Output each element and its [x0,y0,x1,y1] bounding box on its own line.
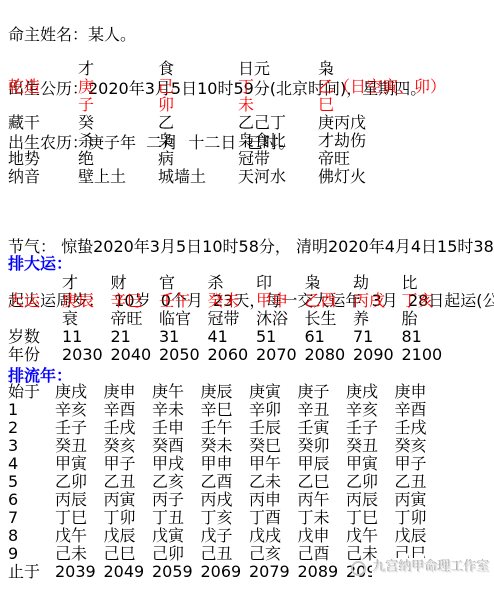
liunian-cell: 丙戌 [201,491,250,509]
liunian-cell: 丁巳 [55,509,104,527]
liunian-row-label: 6 [8,491,55,509]
dayun-dishi: 沐浴 [256,310,305,328]
liunian-cell: 乙卯 [55,473,104,491]
liunian-cell: 2089 [298,563,347,581]
dayun-year: 2080 [305,346,354,364]
hidden-gods-row: 杀 枭 枭食比 才劫伤 [8,132,446,150]
liunian-cell: 庚子 [298,383,347,401]
hidden-stems-month: 乙 [158,114,238,132]
liunian-cell: 2039 [55,563,104,581]
nayin-day: 天河水 [238,168,318,186]
liunian-cell: 壬戌 [104,419,153,437]
dishi-hour: 帝旺 [318,150,398,168]
month-stem: 己 [158,78,238,96]
liunian-row: 2 壬子壬戌壬申壬午壬辰壬寅壬子壬戌 [8,419,443,437]
dayun-pillar: 乙酉 [305,292,354,310]
liunian-row: 6 丙辰丙寅丙子丙戌丙申丙午丙辰丙寅 [8,491,443,509]
hour-stem: 乙 [318,78,334,96]
branches-row: 子 卯 未 巳 [8,96,446,114]
liunian-row: 1 辛亥辛酉辛未辛巳辛卯辛丑辛亥辛酉 [8,401,443,419]
liunian-cell: 辛未 [152,401,201,419]
liunian-cell: 壬子 [346,419,395,437]
day-branch: 未 [238,96,318,114]
liunian-cell: 己卯 [152,545,201,563]
dayun-dishi: 长生 [305,310,354,328]
dayun-dishi: 冠带 [208,310,257,328]
liunian-cell: 甲午 [249,455,298,473]
studio-logo-icon [351,561,366,576]
dayun-year: 2040 [111,346,160,364]
liunian-cell: 辛丑 [298,401,347,419]
liunian-cell: 癸未 [201,437,250,455]
liunian-cell: 2079 [249,563,298,581]
dayun-pillar: 癸未 [208,292,257,310]
liunian-cell: 戊午 [346,527,395,545]
liunian-cell: 戊戌 [249,527,298,545]
day-stem: 丁 [238,78,318,96]
liunian-cell: 辛酉 [104,401,153,419]
liunian-cell: 戊寅 [152,527,201,545]
hidden-gods-month: 枭 [158,132,238,150]
liunian-cell: 壬戌 [395,419,444,437]
liunian-cell: 丁丑 [152,509,201,527]
nayin-row: 纳音 壁上土 城墙土 天河水 佛灯火 [8,168,446,186]
liunian-cell: 庚申 [395,383,444,401]
dayun-god: 官 [159,274,208,292]
liunian-cell: 丙子 [152,491,201,509]
year-branch: 子 [78,96,158,114]
dayun-god: 比 [402,274,451,292]
liunian-row-label: 止于 [8,563,55,581]
dishi-month: 病 [158,150,238,168]
liunian-cell: 癸卯 [298,437,347,455]
liunian-cell: 辛卯 [249,401,298,419]
hidden-gods-year: 杀 [78,132,158,150]
liunian-cell: 庚戌 [55,383,104,401]
liunian-cell: 丁卯 [395,509,444,527]
dayun-age: 51 [256,328,305,346]
liunian-cell: 丙辰 [55,491,104,509]
dayun-age: 61 [305,328,354,346]
name-line: 命主姓名：某人。 [8,26,426,44]
liunian-cell: 癸亥 [104,437,153,455]
empty-label [8,274,62,292]
hidden-stems-hour: 庚丙戊 [318,114,398,132]
liunian-cell: 乙丑 [104,473,153,491]
liunian-cell: 癸丑 [55,437,104,455]
dayun-year: 2050 [159,346,208,364]
liunian-row: 4 甲寅甲子甲戌甲申甲午甲辰甲寅甲子 [8,455,443,473]
liunian-cell: 乙卯 [346,473,395,491]
liunian-cell: 癸丑 [346,437,395,455]
nayin-year: 壁上土 [78,168,158,186]
liunian-row-label: 4 [8,455,55,473]
liunian-cell: 戊午 [55,527,104,545]
liunian-cell: 己未 [55,545,104,563]
studio-name: 九宫纳甲命理工作室 [372,558,491,578]
liunian-cell: 丙寅 [395,491,444,509]
liunian-cell: 甲申 [201,455,250,473]
empty-label [8,96,78,114]
solar-terms-line: 节气： 惊蛰2020年3月5日10时58分， 清明2020年4月4日15时38分 [8,238,494,256]
gender-label: 乾造 [8,78,78,96]
liunian-table: 始于 庚戌庚申庚午庚辰庚寅庚子庚戌庚申 1 辛亥辛酉辛未辛巳辛卯辛丑辛亥辛酉 2… [8,383,443,581]
liunian-cell: 乙酉 [201,473,250,491]
stems-row: 乾造 庚 己 丁 乙 （日空寅、卯） [8,78,446,96]
liunian-row: 5 乙卯乙丑乙亥乙酉乙未乙巳乙卯乙丑 [8,473,443,491]
liunian-cell: 甲子 [104,455,153,473]
dayun-pillar: 甲申 [256,292,305,310]
liunian-cell: 己酉 [298,545,347,563]
liunian-cell: 甲戌 [152,455,201,473]
hidden-gods-hour: 才劫伤 [318,132,398,150]
liunian-cell: 戊辰 [104,527,153,545]
liunian-cell: 丙午 [298,491,347,509]
liunian-cell: 2049 [104,563,153,581]
dayun-age: 21 [111,328,160,346]
liunian-cell: 癸酉 [152,437,201,455]
liunian-cell: 乙丑 [395,473,444,491]
hidden-stems-year: 癸 [78,114,158,132]
liunian-row-label: 2 [8,419,55,437]
dishi-row: 地势 绝 病 冠带 帝旺 [8,150,446,168]
dayun-god: 枭 [305,274,354,292]
liunian-cell: 己巳 [104,545,153,563]
liunian-cell: 甲辰 [298,455,347,473]
empty-label [8,60,78,78]
empty-label [8,132,78,150]
dishi-day: 冠带 [238,150,318,168]
dayun-god: 劫 [353,274,402,292]
liunian-cell: 壬子 [55,419,104,437]
liunian-row: 始于 庚戌庚申庚午庚辰庚寅庚子庚戌庚申 [8,383,443,401]
age-label: 岁数 [8,328,62,346]
liunian-cell: 2069 [201,563,250,581]
day-master-label: 日元 [238,60,318,78]
dayun-dishi: 养 [353,310,402,328]
liunian-cell: 甲子 [395,455,444,473]
liunian-cell: 壬辰 [249,419,298,437]
liunian-cell: 丙辰 [346,491,395,509]
liunian-cell: 庚午 [152,383,201,401]
dayun-gods-row: 才财官杀印枭劫比 [8,274,450,292]
studio-watermark: 九宫纳甲命理工作室 [351,556,491,580]
liunian-cell: 乙巳 [298,473,347,491]
dayun-age: 71 [353,328,402,346]
hidden-stems-label: 藏干 [8,114,78,132]
liunian-row: 8 戊午戊辰戊寅戊子戊戌戊申戊午戊辰 [8,527,443,545]
liunian-cell: 丙申 [249,491,298,509]
dayun-ages-row: 岁数 1121314151617181 [8,328,450,346]
month-god: 食 [158,60,238,78]
dayun-year: 2100 [402,346,451,364]
year-stem: 庚 [78,78,158,96]
liunian-cell: 癸亥 [395,437,444,455]
dayun-year: 2090 [353,346,402,364]
liunian-row-label: 1 [8,401,55,419]
liunian-row: 3 癸丑癸亥癸酉癸未癸巳癸卯癸丑癸亥 [8,437,443,455]
liunian-cell: 乙未 [249,473,298,491]
liunian-cell: 丁亥 [201,509,250,527]
liunian-cell: 壬申 [152,419,201,437]
hour-god: 枭 [318,60,398,78]
dayun-god: 才 [62,274,111,292]
dayun-age: 11 [62,328,111,346]
dayun-dishi: 衰 [62,310,111,328]
dayun-year: 2060 [208,346,257,364]
dishi-label: 地势 [8,150,78,168]
dayun-dishi-row: 衰帝旺临官冠带沐浴长生养胎 [8,310,450,328]
liunian-cell: 庚寅 [249,383,298,401]
liunian-cell: 庚申 [104,383,153,401]
liunian-cell: 戊辰 [395,527,444,545]
dayun-god: 财 [111,274,160,292]
liunian-cell: 甲寅 [55,455,104,473]
liunian-cell: 壬午 [201,419,250,437]
liunian-cell: 戊申 [298,527,347,545]
hidden-stems-row: 藏干 癸 乙 乙己丁 庚丙戊 [8,114,446,132]
dayun-pillar: 丁亥 [402,292,451,310]
liunian-cell: 乙亥 [152,473,201,491]
dayun-dishi: 临官 [159,310,208,328]
hour-stem-cell: 乙 （日空寅、卯） [318,78,446,96]
liunian-row-label: 始于 [8,383,55,401]
dayun-year: 2030 [62,346,111,364]
dishi-year: 绝 [78,150,158,168]
void-note: （日空寅、卯） [334,78,446,96]
liunian-cell: 辛酉 [395,401,444,419]
dayun-pillar: 壬午 [159,292,208,310]
year-god: 才 [78,60,158,78]
liunian-cell: 辛亥 [346,401,395,419]
dayun-section-title: 排大运： [8,255,72,273]
liunian-cell: 戊子 [201,527,250,545]
liunian-cell: 2059 [152,563,201,581]
nayin-hour: 佛灯火 [318,168,398,186]
four-pillars-table: 才 食 日元 枭 乾造 庚 己 丁 乙 （日空寅、卯） 子 卯 未 巳 藏干 癸… [8,60,446,186]
dayun-pillar: 辛巳 [111,292,160,310]
liunian-cell: 己亥 [249,545,298,563]
liunian-cell: 丙寅 [104,491,153,509]
liunian-cell: 丁巳 [346,509,395,527]
liunian-cell: 己丑 [201,545,250,563]
liunian-cell: 辛巳 [201,401,250,419]
liunian-row-label: 7 [8,509,55,527]
dayun-age: 41 [208,328,257,346]
hidden-stems-day: 乙己丁 [238,114,318,132]
nayin-label: 纳音 [8,168,78,186]
liunian-row-label: 5 [8,473,55,491]
liunian-cell: 壬寅 [298,419,347,437]
dayun-dishi: 胎 [402,310,451,328]
dayun-god: 杀 [208,274,257,292]
pillar-gods-row: 才 食 日元 枭 [8,60,446,78]
dayun-age: 31 [159,328,208,346]
liunian-cell: 丁酉 [249,509,298,527]
bazi-chart-page: 命主姓名：某人。 出生公历：2020年3月5日10时59分(北京时间)，星期四。… [0,0,494,595]
liunian-cell: 甲寅 [346,455,395,473]
dayun-table: 才财官杀印枭劫比 大运 庚辰辛巳壬午癸未甲申乙酉丙戌丁亥 衰帝旺临官冠带沐浴长生… [8,274,450,364]
dayun-pillar: 丙戌 [353,292,402,310]
nayin-month: 城墙土 [158,168,238,186]
hidden-gods-day: 枭食比 [238,132,318,150]
month-branch: 卯 [158,96,238,114]
liunian-row: 7 丁巳丁卯丁丑丁亥丁酉丁未丁巳丁卯 [8,509,443,527]
liunian-row-label: 9 [8,545,55,563]
dayun-god: 印 [256,274,305,292]
liunian-cell: 庚戌 [346,383,395,401]
dayun-years-row: 年份 20302040205020602070208020902100 [8,346,450,364]
hour-branch: 巳 [318,96,398,114]
dayun-year: 2070 [256,346,305,364]
empty-label [8,310,62,328]
liunian-cell: 丁未 [298,509,347,527]
liunian-row-label: 3 [8,437,55,455]
liunian-cell: 癸巳 [249,437,298,455]
dayun-dishi: 帝旺 [111,310,160,328]
dayun-pillars-row: 大运 庚辰辛巳壬午癸未甲申乙酉丙戌丁亥 [8,292,450,310]
liunian-cell: 丁卯 [104,509,153,527]
dayun-pillar: 庚辰 [62,292,111,310]
liunian-cell: 庚辰 [201,383,250,401]
dayun-age: 81 [402,328,451,346]
liunian-cell: 辛亥 [55,401,104,419]
year-label: 年份 [8,346,62,364]
dayun-row-label: 大运 [8,292,62,310]
liunian-row-label: 8 [8,527,55,545]
